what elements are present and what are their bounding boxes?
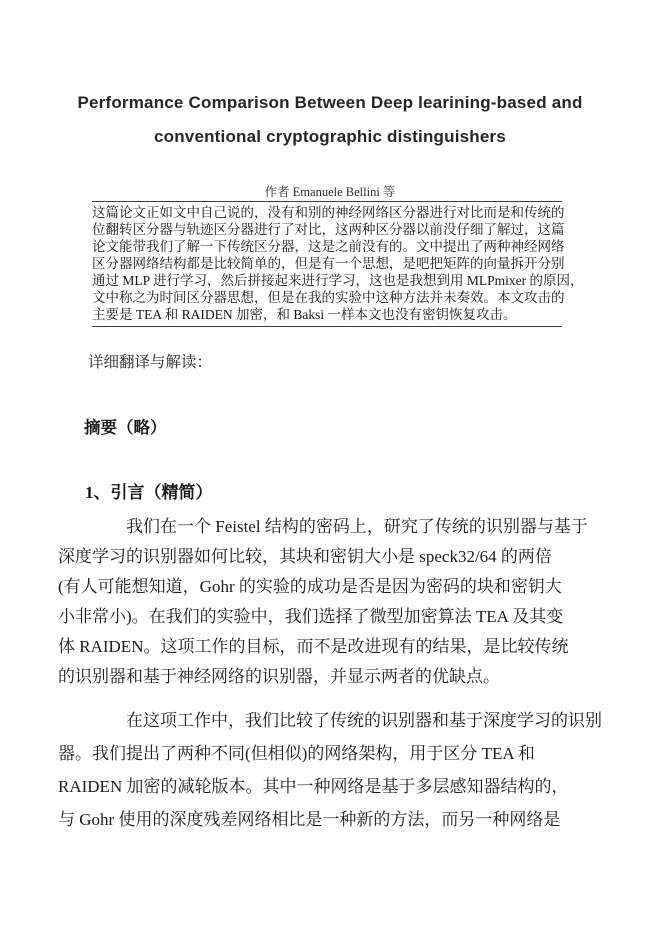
body-line: (有人可能想知道，Gohr 的实验的成功是否是因为密码的块和密钥大: [58, 572, 606, 602]
note-line: 文中称之为时间区分器思想，但是在我的实验中这种方法并未奏效。本文攻击的: [92, 289, 562, 306]
note-line: 区分器网络结构都是比较简单的，但是有一个思想，是吧把矩阵的向量拆开分别: [92, 255, 562, 272]
body-line: 在这项工作中，我们比较了传统的识别器和基于深度学习的识别: [58, 704, 606, 737]
summary-note-box: 这篇论文正如文中自己说的，没有和别的神经网络区分器进行对比而是和传统的位翻转区分…: [92, 201, 562, 327]
body-line: RAIDEN 加密的减轮版本。其中一种网络是基于多层感知器结构的，: [58, 770, 606, 803]
note-line: 通过 MLP 进行学习，然后拼接起来进行学习，这也是我想到用 MLPmixer …: [92, 272, 562, 289]
document-page: Performance Comparison Between Deep lear…: [0, 0, 660, 934]
body-line: 体 RAIDEN。这项工作的目标，而不是改进现有的结果，是比较传统: [58, 632, 606, 662]
author-line: 作者 Emanuele Bellini 等: [0, 182, 660, 200]
doc-title-line-2: conventional cryptographic distinguisher…: [0, 120, 660, 154]
note-line: 位翻转区分器与轨迹区分器进行了对比，这两种区分器以前没仔细了解过，这篇: [92, 221, 562, 238]
body-line: 深度学习的识别器如何比较，其块和密钥大小是 speck32/64 的两倍: [58, 542, 606, 572]
body-line: 器。我们提出了两种不同(但相似)的网络架构，用于区分 TEA 和: [58, 737, 606, 770]
doc-title: Performance Comparison Between Deep lear…: [0, 86, 660, 154]
intro-paragraph-2: 在这项工作中，我们比较了传统的识别器和基于深度学习的识别器。我们提出了两种不同(…: [58, 704, 606, 836]
body-line: 我们在一个 Feistel 结构的密码上，研究了传统的识别器与基于: [58, 512, 606, 542]
abstract-heading: 摘要（略）: [84, 414, 167, 438]
note-line: 论文能带我们了解一下传统区分器，这是之前没有的。文中提出了两种神经网络: [92, 238, 562, 255]
doc-title-line-1: Performance Comparison Between Deep lear…: [0, 86, 660, 120]
intro-section-heading: 1、引言（精简）: [85, 478, 213, 503]
body-line: 小非常小)。在我们的实验中，我们选择了微型加密算法 TEA 及其变: [58, 602, 606, 632]
intro-paragraph-1: 我们在一个 Feistel 结构的密码上，研究了传统的识别器与基于深度学习的识别…: [58, 512, 606, 692]
note-line: 这篇论文正如文中自己说的，没有和别的神经网络区分器进行对比而是和传统的: [92, 204, 562, 221]
body-line: 与 Gohr 使用的深度残差网络相比是一种新的方法，而另一种网络是: [58, 803, 606, 836]
translation-label: 详细翻译与解读：: [88, 350, 212, 372]
note-line: 主要是 TEA 和 RAIDEN 加密，和 Baksi 一样本文也没有密钥恢复攻…: [92, 306, 562, 323]
body-line: 的识别器和基于神经网络的识别器，并显示两者的优缺点。: [58, 662, 606, 692]
